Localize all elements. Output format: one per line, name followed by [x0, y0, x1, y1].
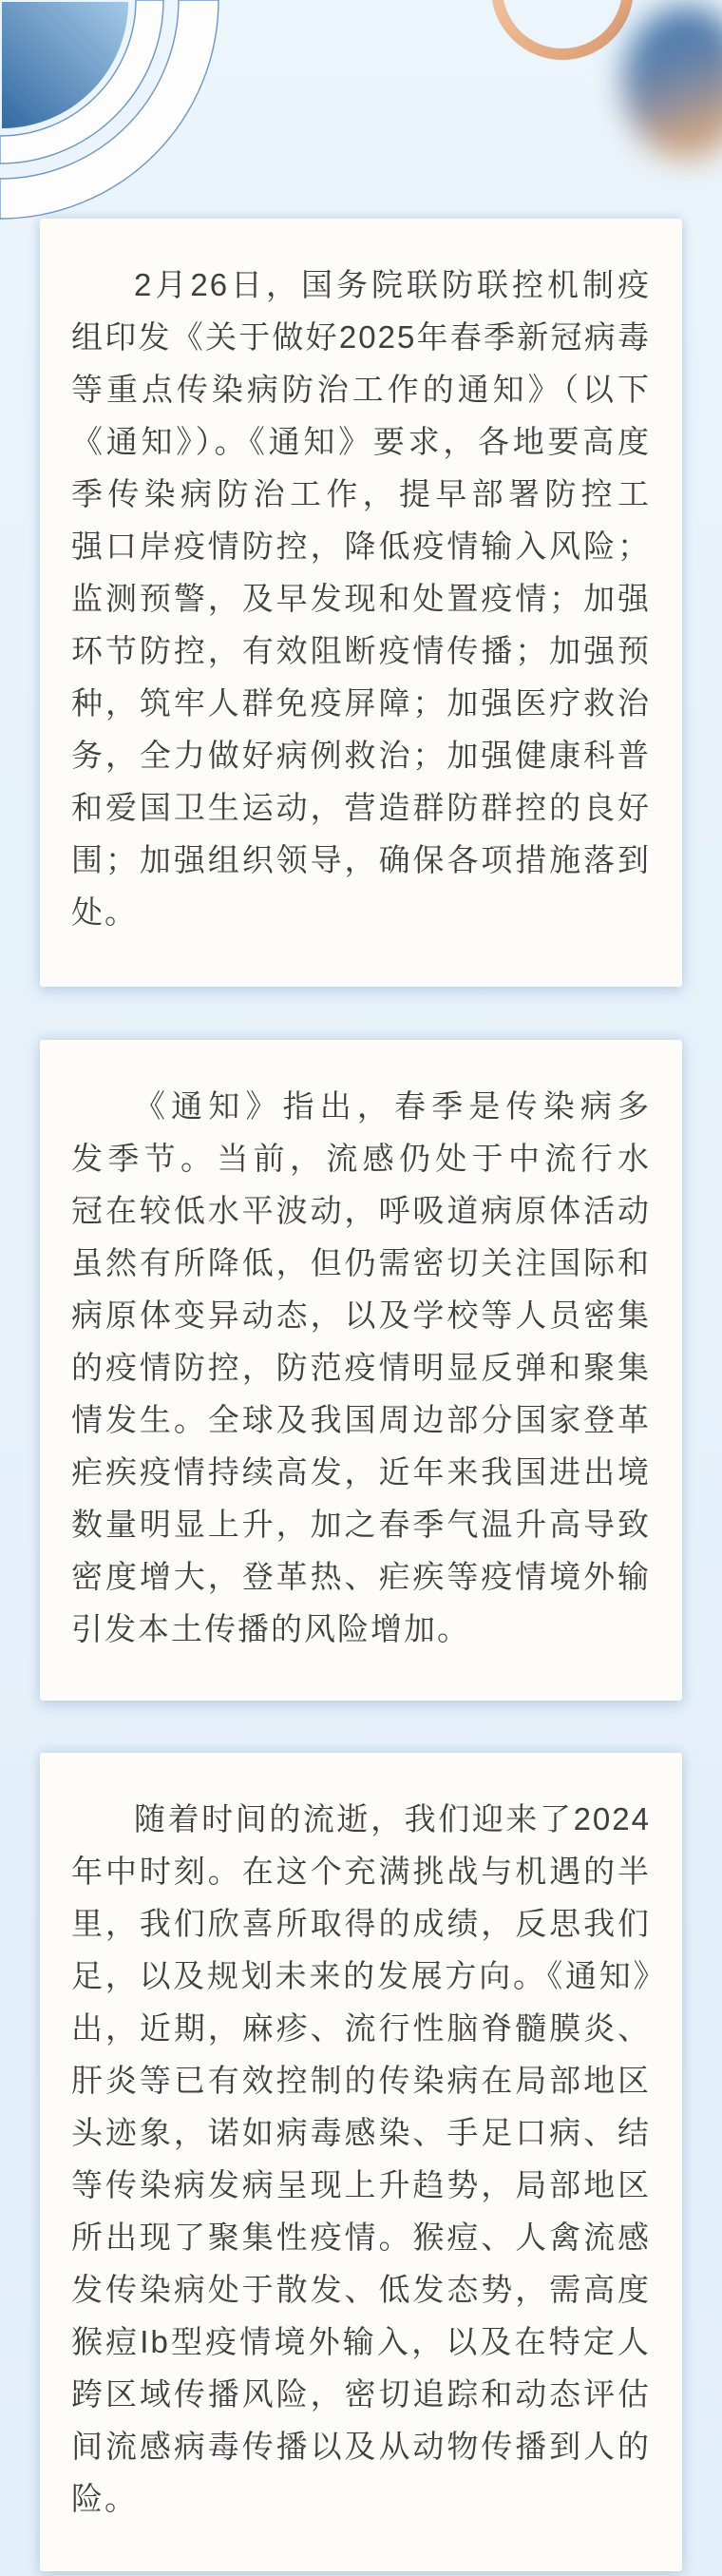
text-line: 数量明显上升，加之春季气温升高导致蚊媒 [71, 1498, 651, 1550]
text-line: 险。 [71, 2472, 651, 2525]
text-line: 头迹象，诺如病毒感染、手足口病、结核病 [71, 2106, 651, 2159]
text-line: 里，我们欣喜所取得的成绩，反思我们的不 [71, 1897, 651, 1950]
text-line: 围；加强组织领导，确保各项措施落到实 [71, 834, 651, 886]
text-line: 务，全力做好病例救治；加强健康科普宣教 [71, 729, 651, 781]
text-line: 猴痘Ib型疫情境外输入，以及在特定人群中 [71, 2316, 651, 2368]
text-line: 随着时间的流逝，我们迎来了2024年的 [71, 1793, 651, 1845]
paragraph-card-1: 2月26日，国务院联防联控机制疫情防控组印发《关于做好2025年春季新冠病毒感染… [40, 219, 682, 987]
text-line: 等重点传染病防治工作的通知》（以下简称 [71, 363, 651, 415]
paragraph-text: 2月26日，国务院联防联控机制疫情防控组印发《关于做好2025年春季新冠病毒感染… [71, 259, 651, 938]
orange-ring-decoration [480, 0, 647, 80]
text-line: 冠在较低水平波动，呼吸道病原体活动强度 [71, 1184, 651, 1237]
text-line: 环节防控，有效阻断疫情传播；加强预防接 [71, 625, 651, 677]
paragraph-text: 《通知》指出，春季是传染病多发、高发季节。当前，流感仍处于中流行水平，新冠在较低… [71, 1080, 651, 1655]
text-line: 《通知》指出，春季是传染病多发、高 [71, 1080, 651, 1132]
text-line: 处。 [71, 886, 651, 938]
text-line: 季传染病防治工作，提早部署防控工作；加 [71, 468, 651, 520]
paragraph-card-3: 随着时间的流逝，我们迎来了2024年的年中时刻。在这个充满挑战与机遇的半年里，我… [40, 1753, 682, 2571]
text-line: 种，筑牢人群免疫屏障；加强医疗救治服 [71, 677, 651, 729]
article-page: 2月26日，国务院联防联控机制疫情防控组印发《关于做好2025年春季新冠病毒感染… [0, 0, 722, 2576]
text-line: 的疫情防控，防范疫情明显反弹和聚集性疫 [71, 1341, 651, 1394]
text-line: 疟疾疫情持续高发，近年来我国进出境人员 [71, 1446, 651, 1498]
text-line: 强口岸疫情防控，降低疫情输入风险；加强 [71, 520, 651, 572]
blue-quarter-arc-decoration [0, 0, 247, 247]
text-line: 跨区域传播风险，密切追踪和动态评估动物 [71, 2368, 651, 2420]
text-line: 2月26日，国务院联防联控机制疫情防控 [71, 259, 651, 311]
text-line: 情发生。全球及我国周边部分国家登革热、 [71, 1394, 651, 1446]
paragraph-text: 随着时间的流逝，我们迎来了2024年的年中时刻。在这个充满挑战与机遇的半年里，我… [71, 1793, 651, 2525]
text-line: 监测预警，及早发现和处置疫情；加强重点 [71, 572, 651, 625]
text-line: 发季节。当前，流感仍处于中流行水平，新 [71, 1132, 651, 1184]
text-line: 等传染病发病呈现上升趋势，局部地区和场 [71, 2159, 651, 2211]
text-line: 病原体变异动态，以及学校等人员密集场所 [71, 1289, 651, 1341]
text-line: 所出现了聚集性疫情。猴痘、人禽流感等新 [71, 2211, 651, 2263]
text-line: 组印发《关于做好2025年春季新冠病毒感染 [71, 311, 651, 363]
text-line: 足，以及规划未来的发展方向。《通知》提 [71, 1950, 651, 2002]
text-line: 年中时刻。在这个充满挑战与机遇的半年 [71, 1845, 651, 1897]
text-line: 和爱国卫生运动，营造群防群控的良好氛 [71, 781, 651, 834]
text-line: 密度增大，登革热、疟疾等疫情境外输入及 [71, 1550, 651, 1603]
text-line: 引发本土传播的风险增加。 [71, 1603, 651, 1655]
text-line: 间流感病毒传播以及从动物传播到人的风 [71, 2420, 651, 2472]
text-line: 出，近期，麻疹、流行性脑脊髓膜炎、甲型 [71, 2002, 651, 2054]
text-line: 虽然有所降低，但仍需密切关注国际和本土 [71, 1237, 651, 1289]
paragraph-card-2: 《通知》指出，春季是传染病多发、高发季节。当前，流感仍处于中流行水平，新冠在较低… [40, 1040, 682, 1701]
text-line: 《通知》）。《通知》要求，各地要高度重视春 [71, 415, 651, 468]
text-line: 肝炎等已有效控制的传染病在局部地区有抬 [71, 2054, 651, 2106]
text-line: 发传染病处于散发、低发态势，需高度防范 [71, 2263, 651, 2316]
